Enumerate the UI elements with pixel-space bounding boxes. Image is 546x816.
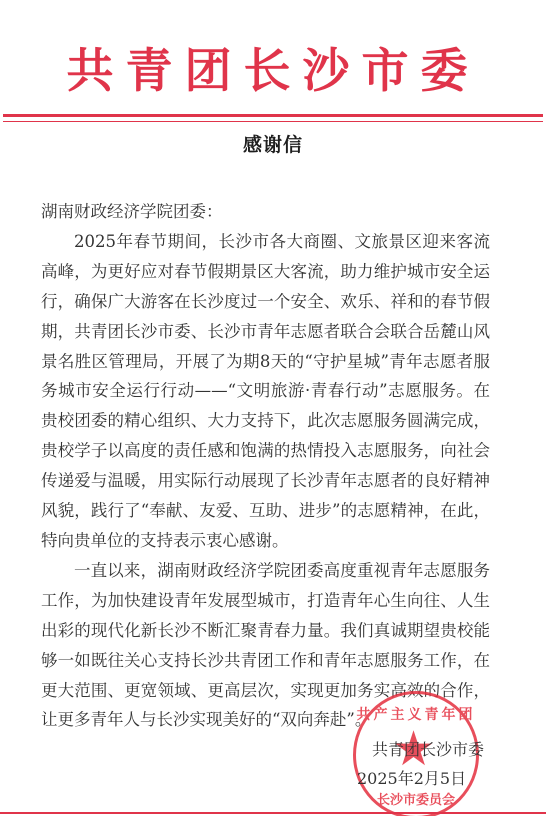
salutation: 湖南财政经济学院团委： [41,197,490,227]
letterhead-title: 共青团长沙市委 [0,42,546,102]
footer-rule [0,812,546,814]
paragraph-1: 2025年春节期间，长沙市各大商圈、文旅景区迎来客流高峰，为更好应对春节假期景区… [41,227,490,556]
letterhead-rule-thick [3,114,543,117]
letter-body: 湖南财政经济学院团委： 2025年春节期间，长沙市各大商圈、文旅景区迎来客流高峰… [41,197,490,735]
signature: 共青团长沙市委 [372,736,484,764]
document-title: 感谢信 [0,130,546,157]
signature-date: 2025年2月5日 [357,766,466,789]
letterhead-rule-thin [3,121,543,122]
seal-bottom-text: 长沙市委员会 [356,789,476,808]
